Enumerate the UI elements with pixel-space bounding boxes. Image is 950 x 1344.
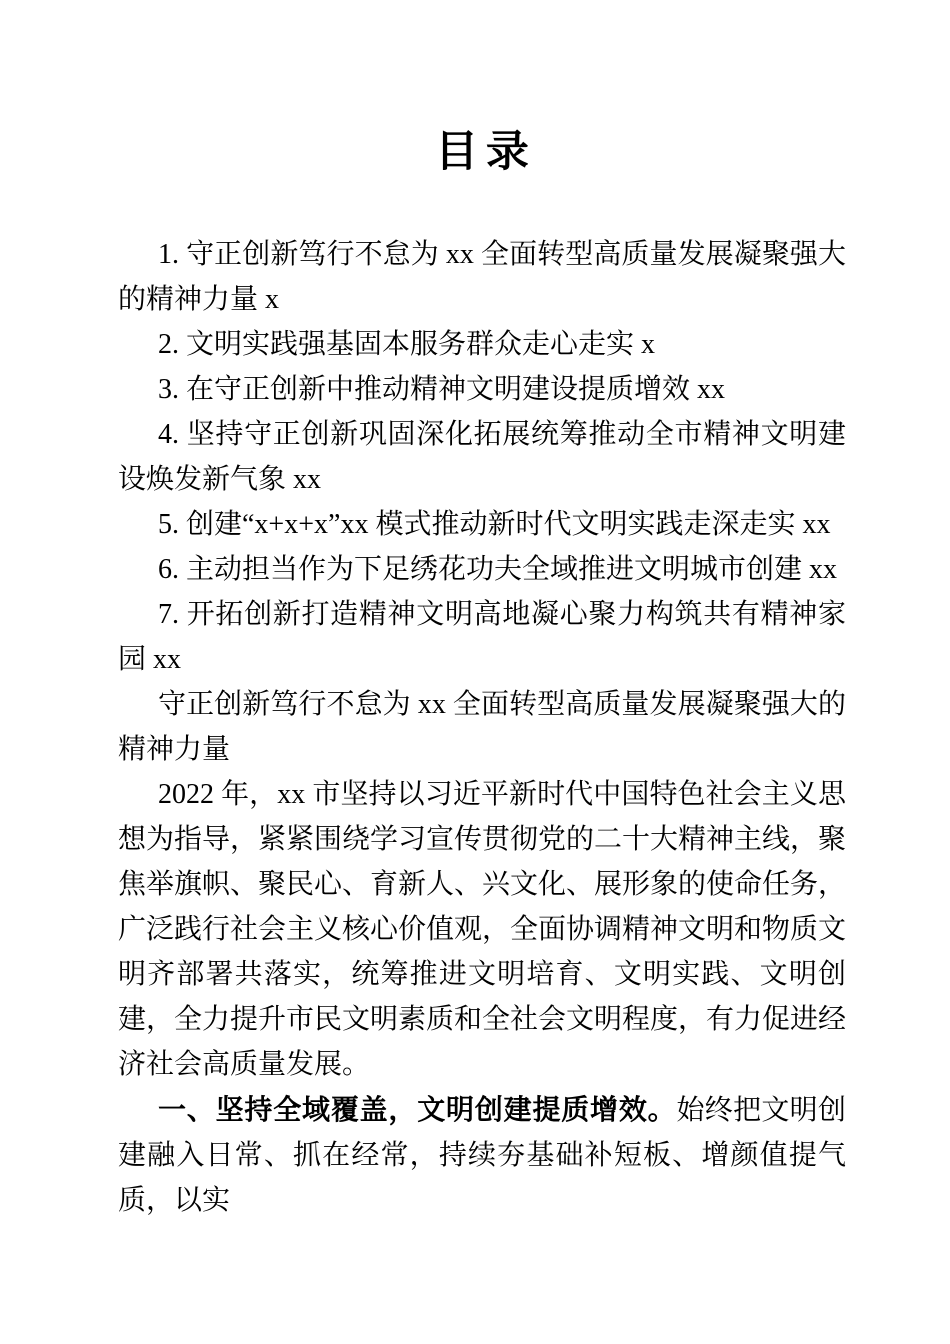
document-title: 目录 [118,128,846,178]
toc-item-6: 6. 主动担当作为下足绣花功夫全域推进文明城市创建 xx [118,547,846,592]
toc-item-4: 4. 坚持守正创新巩固深化拓展统筹推动全市精神文明建设焕发新气象 xx [118,412,846,502]
table-of-contents: 1. 守正创新笃行不怠为 xx 全面转型高质量发展凝聚强大的精神力量 x 2. … [118,232,846,682]
article-intro-paragraph: 2022 年，xx 市坚持以习近平新时代中国特色社会主义思想为指导，紧紧围绕学习… [118,772,846,1087]
document-page: 目录 1. 守正创新笃行不怠为 xx 全面转型高质量发展凝聚强大的精神力量 x … [0,0,950,1344]
article-body: 守正创新笃行不怠为 xx 全面转型高质量发展凝聚强大的精神力量 2022 年，x… [118,682,846,1223]
article-section1-paragraph: 一、坚持全域覆盖，文明创建提质增效。始终把文明创建融入日常、抓在经常，持续夯基础… [118,1087,846,1223]
toc-item-7: 7. 开拓创新打造精神文明高地凝心聚力构筑共有精神家园 xx [118,592,846,682]
toc-item-3: 3. 在守正创新中推动精神文明建设提质增效 xx [118,367,846,412]
article-heading: 守正创新笃行不怠为 xx 全面转型高质量发展凝聚强大的精神力量 [118,682,846,772]
toc-item-5: 5. 创建“x+x+x”xx 模式推动新时代文明实践走深走实 xx [118,502,846,547]
section1-heading: 一、坚持全域覆盖，文明创建提质增效。 [158,1094,676,1125]
toc-item-2: 2. 文明实践强基固本服务群众走心走实 x [118,322,846,367]
toc-item-1: 1. 守正创新笃行不怠为 xx 全面转型高质量发展凝聚强大的精神力量 x [118,232,846,322]
